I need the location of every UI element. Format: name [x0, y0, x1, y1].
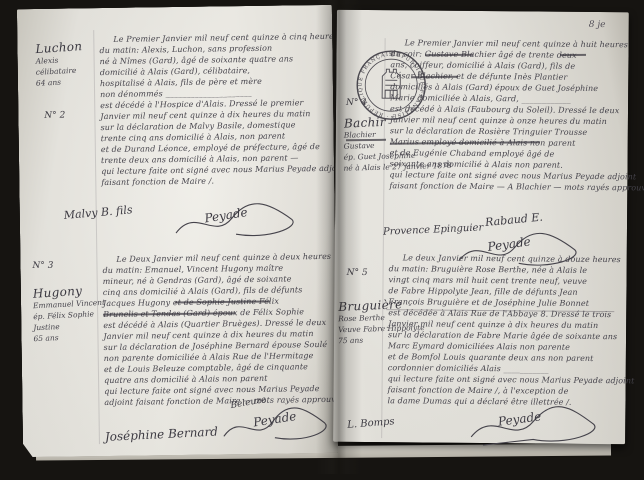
margin-annotation-entry2: Luchon Alexiscélibataire64 ans — [35, 40, 83, 88]
entry3-body: Le Deux Janvier mil neuf cent quinze à d… — [102, 251, 345, 408]
right-page: 8 je RÉPUBLIQUE FRANÇAISE · RÉPUBLIQUE F… — [333, 10, 629, 445]
page-fold — [316, 0, 362, 474]
margin-rule — [93, 30, 100, 444]
margin-line: 65 ans — [33, 330, 106, 345]
entry-number-2: N° 2 — [44, 111, 65, 121]
margin-annotation-entry3: Hugony Emmanuel Vincentép. Félix SophieJ… — [33, 284, 106, 343]
register-photo: Luchon Alexiscélibataire64 ans N° 2 Le P… — [0, 0, 644, 480]
signature-witness-entry4: Rabaud E. — [485, 211, 544, 229]
strikethrough-mark — [560, 54, 586, 56]
entry4-body: Le Premier Janvier mil neuf cent quinze … — [389, 37, 644, 193]
left-page: Luchon Alexiscélibataire64 ans N° 2 Le P… — [17, 5, 338, 457]
signature-declarant-entry2: Malvy B. fils — [63, 203, 133, 222]
margin-line: 64 ans — [36, 75, 83, 88]
folio-number: 8 je — [589, 20, 606, 30]
manuscript-line: faisant fonction de Maire /. — [101, 174, 348, 188]
margin-details: Emmanuel Vincentép. Félix SophieJustine6… — [33, 298, 106, 343]
entry5-body: Le deux Janvier mil neuf cent quinze à d… — [387, 252, 635, 408]
signature-declarant-entry3: Joséphine Bernard — [105, 424, 219, 444]
signature-official-entry5: Peyade — [463, 403, 613, 450]
entry2-body: Le Premier Janvier mil neuf cent quinze … — [99, 31, 348, 188]
margin-details: Alexiscélibataire64 ans — [36, 54, 83, 88]
manuscript-line: faisant fonction de Maire — A Blachier —… — [389, 180, 644, 193]
signature-official-entry2: Peyade — [170, 199, 311, 245]
entry-number-3: N° 3 — [32, 261, 53, 271]
